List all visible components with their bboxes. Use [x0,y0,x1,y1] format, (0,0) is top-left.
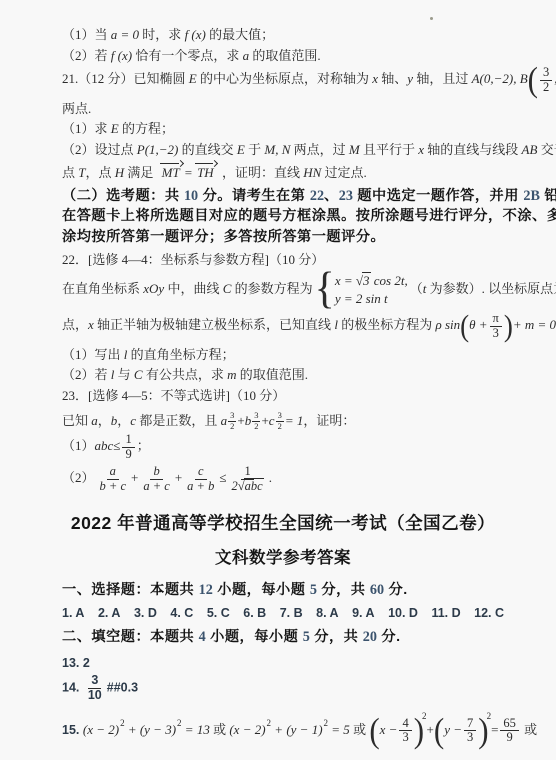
text-segment: （ [410,280,423,295]
text-segment: （1）写出 [62,347,124,362]
leq-sign: ≤ [219,471,226,486]
answer-item: 7. B [280,606,303,620]
text-segment: 轴，且过 [413,71,472,86]
text-segment: ，证明： [303,413,355,428]
fraction-4-3: 43 [399,717,411,746]
text-segment: 两点，过 [290,142,349,157]
exponent-3-2: 32 [276,411,284,432]
system-rows: x = √3 cos 2t,y = 2 sin t [335,273,408,306]
fraction-numerator: a [107,465,119,480]
answer-item: 1. A [62,606,84,620]
q21-part2-continuation: 点 T，点 H 满足 MT=TH ，证明：直线 HN 过定点. [62,163,504,183]
system-row-y: y = 2 sin t [335,291,408,306]
choice-note-line3: 涂均按所答第一题评分；多答按所答第一题评分。 [62,227,504,248]
radicand: 3 [362,272,371,288]
fraction-numerator: c [195,465,207,480]
text-segment: 轴的直线与线段 [424,142,522,157]
section2-heading: 二、填空题：本题共 4 小题，每小题 5 分，共 20 分. [62,627,504,648]
exponent-3-2: 32 [228,411,236,432]
math-expression: + (y − 3) [125,722,176,737]
text-segment: （2） [62,471,95,486]
answer-item: 9. A [352,606,374,620]
text-segment: 分. [377,629,401,645]
points-number: 5 [310,582,317,598]
question-number: 22． [62,252,88,267]
math-expression: b [245,413,252,428]
equation-system: {x = √3 cos 2t,y = 2 sin t [315,271,408,309]
text-segment: （2）若 [62,367,111,382]
text-segment: （1）当 [62,27,111,42]
math-expression: θ + [469,318,487,333]
plus-sign: + [237,413,244,428]
text-segment: ，点 [86,165,115,180]
fraction-denominator: 3 [490,327,502,341]
text-segment: 中，曲线 [164,280,223,295]
equals-sign: = [185,165,192,180]
equals-sign: = [491,722,498,737]
count-number: 12 [199,582,213,598]
radicand: abc [244,478,264,493]
math-expression: c [269,413,275,428]
text-segment: 分，共 [310,629,363,645]
fraction-numerator: 65 [500,717,519,732]
text-segment: 轴正半轴为极轴建立极坐标系，已知直线 [94,318,335,333]
q23-part2: （2）ab + c+ba + c+ca + b≤12√abc. [62,465,504,494]
math-expression: a [221,413,228,428]
math-expression: = 13 [182,722,210,737]
text-segment: 分。请考生在第 [198,188,310,204]
page-content: （1）当 a = 0 时，求 f (x) 的最大值； （2）若 f (x) 恰有… [0,0,556,745]
plus-sign: + [427,722,434,737]
text-segment: 已知椭圆 [134,71,189,86]
exponent-denominator: 2 [252,422,260,432]
fraction-numerator: b [150,465,162,480]
text-segment: 小题，每小题 [213,582,310,598]
math-expression: xOy [143,280,164,295]
plus-sign: + [175,471,182,486]
q20-part2: （2）若 f (x) 恰有一个零点，求 a 的取值范围. [62,46,504,66]
answer-item: 5. C [207,606,230,620]
math-expression: = 1 [285,413,304,428]
math-expression: M, N [264,142,290,157]
text-segment: 的取值范围. [249,48,321,63]
text-segment: 已知 [62,413,91,428]
answer-item: 10. D [388,606,418,620]
math-expression: abc [95,438,114,453]
math-expression: ρ sin [435,318,460,333]
fraction-1-9: 19 [122,433,134,462]
text-segment: 满足 [124,165,157,180]
fraction-7-3: 73 [464,717,476,746]
text-segment: ， [98,413,111,428]
text-segment: 的直线交 [178,142,237,157]
left-paren: ( [369,715,379,746]
count-number: 4 [199,629,206,645]
math-expression: f (x) [111,48,132,63]
left-paren: ( [528,65,538,96]
exponent-3-2: 32 [252,411,260,432]
text-segment: 的直角坐标方程； [127,347,234,362]
or-connector: 或 [213,722,226,737]
choice-note-line1: （二）选考题：共 10 分。请考生在第 22、23 题中选定一题作答，并用 2B… [62,186,504,207]
left-paren: ( [434,715,444,746]
question-number: 15. [62,723,83,737]
choice-note-line2: 在答题卡上将所选题目对应的题号方框涂黑。按所涂题号进行评分，不涂、多 [62,206,504,227]
answer-item: 3. D [134,606,157,620]
question-ref-22: 22 [310,188,324,204]
question-ref-23: 23 [339,188,353,204]
answer-item: 11. D [431,606,460,620]
scan-speck [430,17,433,20]
math-expression: x − [380,722,398,737]
text-segment: 分. [384,582,408,598]
fraction-3-2: 32 [540,66,552,95]
fraction-3-10: 310 [85,674,105,703]
exponent-denominator: 2 [228,422,236,432]
text-segment: 在答题卡上将所选题目对应的题号方框涂黑。按所涂题号进行评分，不涂、多 [62,208,556,224]
q22-parametric-line: 在直角坐标系 xOy 中，曲线 C 的参数方程为{x = √3 cos 2t,y… [62,271,504,309]
leq-sign: ≤ [113,438,120,453]
text-segment: 的极坐标方程为 [338,318,436,333]
fraction-denominator: 2√abc [229,480,267,494]
text-segment: 点 [62,165,78,180]
q21-part1: （1）求 E 的方程； [62,119,504,139]
points-number: 5 [303,629,310,645]
answer-item: 4. C [170,606,193,620]
pencil-2b: 2B [523,188,540,204]
question-number: 23． [62,388,88,403]
fraction-b-over-a+c: ba + c [140,465,172,494]
multiple-choice-answers: 1. A2. A3. D4. C5. C6. B7. B8. A9. A10. … [62,606,504,620]
q23-heading: 23．[选修 4—5：不等式选讲]（10 分） [62,386,504,406]
text-segment: （2）设过点 [62,142,137,157]
math-expression: f (x) [185,27,206,42]
right-paren: ) [414,715,424,746]
math-expression: HN [303,165,321,180]
text-segment: 恰有一个零点，求 [132,48,243,63]
fraction-denominator: 3 [399,731,411,745]
math-expression: cos 2t, [371,273,408,288]
text-segment: 的中心为坐标原点，对称轴为 [197,71,373,86]
elective-label: [选修 4—4：坐标系与参数方程] [88,252,269,267]
math-expression: M [349,142,360,157]
fraction-denominator: 9 [122,448,134,462]
fraction-numerator: 3 [540,66,552,81]
fraction-denominator: a + b [184,480,217,494]
text-segment: 小题，每小题 [206,629,303,645]
fraction-numerator: 7 [464,717,476,732]
text-segment: 一、选择题：本题共 [62,582,199,598]
system-brace: { [315,270,335,310]
vector-MT: MT [160,165,182,180]
text-segment: 轴、 [378,71,407,86]
system-row-x: x = √3 cos 2t, [335,273,408,288]
math-expression: = 5 [328,722,350,737]
math-expression: (x − 2) [229,722,265,737]
math-expression: H [115,165,124,180]
text-segment: 的方程； [119,121,174,136]
q23-part1: （1）abc≤19； [62,433,504,462]
answer-alt-value: ##0.3 [107,681,138,695]
text-segment: 为参数）. 以坐标原点为极 [426,280,556,295]
answer-key-subtitle: 文科数学参考答案 [62,544,504,568]
fraction-denominator: b + c [97,480,129,494]
exponent-denominator: 2 [276,422,284,432]
fraction-c-over-a+b: ca + b [184,465,217,494]
q21-heading: 21.（12 分）已知椭圆 E 的中心为坐标原点，对称轴为 x 轴、y 轴，且过… [62,66,504,95]
score-label: （10 分） [230,388,285,403]
answer-key-title: 2022 年普通高等学校招生全国统一考试（全国乙卷） [62,510,504,535]
text-segment: 都是正数，且 [136,413,221,428]
math-expression: E [237,142,245,157]
plus-sign: + [261,413,268,428]
q22-part2: （2）若 l 与 C 有公共点，求 m 的取值范围. [62,365,504,385]
text-segment: 的最大值； [206,27,274,42]
text-segment: （2）若 [62,48,111,63]
text-segment: 时，求 [139,27,185,42]
math-expression: A(0,−2), B [472,71,528,86]
math-expression: + (y − 1) [271,722,322,737]
text-segment: （1） [62,438,95,453]
fraction-denominator: 9 [504,731,516,745]
question-number: 21.（12 分） [62,71,134,86]
fraction-pi-3: π3 [490,312,502,341]
fraction-numerator: 4 [399,717,411,732]
text-segment: 两点. [62,101,91,116]
right-paren: ) [504,313,513,340]
math-expression: E [111,121,119,136]
fill-answer-14: 14. 310##0.3 [62,674,504,703]
section1-heading: 一、选择题：本题共 12 小题，每小题 5 分，共 60 分. [62,580,504,601]
right-paren: ) [478,715,488,746]
fraction-denominator: 2 [540,81,552,95]
total-points-number: 20 [363,629,377,645]
or-connector: 或 [353,722,366,737]
math-expression: C [134,367,143,382]
fraction-numerator: 3 [88,674,101,689]
question-number: 13. [62,656,83,670]
q23-condition-line: 已知 a，b，c 都是正数，且 a32+b32+c32= 1，证明： [62,411,504,432]
math-expression: T [78,165,85,180]
text-segment: 交于 [537,142,556,157]
q21-part2: （2）设过点 P(1,−2) 的直线交 E 于 M, N 两点，过 M 且平行于… [62,140,504,160]
answer-item: 8. A [316,606,338,620]
answer-item: 6. B [243,606,266,620]
answer-item: 12. C [474,606,504,620]
q22-part1: （1）写出 l 的直角坐标方程； [62,345,504,365]
vector-TH: TH [195,165,216,180]
math-expression: P(1,−2) [137,142,179,157]
text-segment: 于 [245,142,265,157]
text-segment: ， [117,413,130,428]
fraction-denominator: 10 [85,689,105,703]
text-segment: （1）求 [62,121,111,136]
math-expression: x = [335,273,356,288]
math-expression: E [189,71,197,86]
text-segment: 涂均按所答第一题评分；多答按所答第一题评分。 [62,229,385,245]
text-segment: 的参数方程为 [231,280,312,295]
text-segment: 铅笔 [540,188,556,204]
fraction-denominator: a + c [140,480,172,494]
text-segment: 在直角坐标系 [62,280,143,295]
left-paren: ( [460,313,469,340]
fill-answer-13: 13. 2 [62,654,504,674]
text-segment: . [269,471,272,486]
q20-part1: （1）当 a = 0 时，求 f (x) 的最大值； [62,25,504,45]
fraction-numerator: 1 [122,433,134,448]
elective-label: [选修 4—5：不等式选讲] [88,388,230,403]
text-segment: ，证明：直线 [219,165,304,180]
math-expression: a = 0 [111,27,139,42]
text-segment: 、 [324,188,339,204]
fraction-1-over-2sqrt-abc: 12√abc [229,465,267,494]
text-segment: 点， [62,318,88,333]
fill-answer-15: 15. (x − 2)2 + (y − 3)2 = 13 或 (x − 2)2 … [62,707,504,745]
fraction-denominator: 3 [464,731,476,745]
text-segment: 过定点. [321,165,367,180]
or-connector: 或 [524,722,537,737]
text-segment: 题中选定一题作答，并用 [353,188,523,204]
plus-sign: + [131,471,138,486]
points-number: 10 [184,188,198,204]
text-segment: 有公共点，求 [143,367,228,382]
q22-polar-line: 点，x 轴正半轴为极轴建立极坐标系，已知直线 l 的极坐标方程为 ρ sin(θ… [62,312,504,341]
text-segment: ； [137,438,150,453]
q22-heading: 22．[选修 4—4：坐标系与参数方程]（10 分） [62,250,504,270]
exam-paper-page: （1）当 a = 0 时，求 f (x) 的最大值； （2）若 f (x) 恰有… [0,0,556,760]
math-expression: + m = 0 [513,318,556,333]
fraction-numerator: π [490,312,502,327]
question-number: 14. [62,681,83,695]
math-expression: AB [522,142,538,157]
math-expression: (x − 2) [83,722,119,737]
fraction-a-over-b+c: ab + c [97,465,129,494]
total-points-number: 60 [370,582,384,598]
fraction-65-9: 659 [500,717,519,746]
text-segment: 与 [114,367,134,382]
text-segment: 的取值范围. [236,367,308,382]
text-segment: 二、填空题：本题共 [62,629,199,645]
answer-item: 2. A [98,606,120,620]
math-expression: y − [444,722,462,737]
text-segment: 且平行于 [360,142,419,157]
text-segment: （二）选考题：共 [62,188,184,204]
answer-value: 2 [83,656,90,670]
q21-continuation: 两点. [62,99,504,119]
text-segment: 分，共 [317,582,370,598]
